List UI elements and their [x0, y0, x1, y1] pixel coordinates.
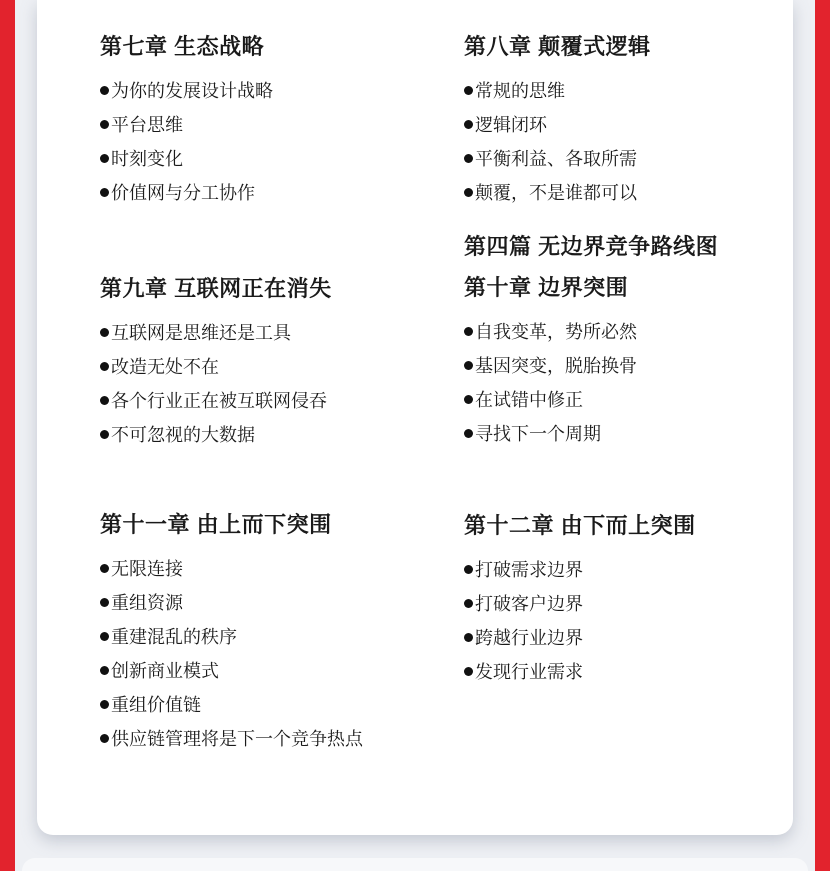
- toc-item: 创新商业模式: [100, 653, 464, 687]
- toc-item-label: 打破客户边界: [475, 590, 583, 616]
- bullet-dot-icon: [464, 327, 473, 336]
- bullet-dot-icon: [100, 632, 109, 641]
- toc-item-list: 常规的思维 逻辑闭环 平衡利益、各取所需 颠覆，不是谁都可以: [464, 73, 773, 209]
- chapter-heading: 第十章 边界突围: [464, 274, 773, 302]
- toc-item: 为你的发展设计战略: [100, 73, 464, 107]
- toc-item-label: 发现行业需求: [475, 658, 583, 684]
- toc-section-chapter-8: 第八章 颠覆式逻辑 常规的思维 逻辑闭环 平衡利益、各取所需 颠覆，不是谁都可以: [464, 33, 773, 209]
- left-red-border: [0, 0, 15, 871]
- next-card-top-edge: [22, 858, 808, 871]
- toc-item-label: 逻辑闭环: [475, 111, 547, 137]
- toc-item-label: 重建混乱的秩序: [111, 623, 237, 649]
- toc-item-label: 基因突变，脱胎换骨: [475, 352, 637, 378]
- toc-item-label: 在试错中修正: [475, 386, 583, 412]
- toc-item-label: 重组资源: [111, 589, 183, 615]
- chapter-heading: 第九章 互联网正在消失: [100, 275, 464, 303]
- toc-item-label: 常规的思维: [475, 77, 565, 103]
- chapter-heading: 第十一章 由上而下突围: [100, 511, 464, 539]
- toc-item: 基因突变，脱胎换骨: [464, 348, 773, 382]
- toc-item-label: 不可忽视的大数据: [111, 421, 255, 447]
- toc-item-label: 价值网与分工协作: [111, 179, 255, 205]
- toc-item-label: 创新商业模式: [111, 657, 219, 683]
- toc-item-list: 无限连接 重组资源 重建混乱的秩序 创新商业模式 重组价值链 供应链管理将是下一…: [100, 551, 464, 755]
- bullet-dot-icon: [100, 734, 109, 743]
- toc-item: 时刻变化: [100, 141, 464, 175]
- toc-section-chapter-7: 第七章 生态战略 为你的发展设计战略 平台思维 时刻变化 价值网与分工协作: [100, 33, 464, 209]
- toc-item: 在试错中修正: [464, 382, 773, 416]
- toc-item: 供应链管理将是下一个竞争热点: [100, 721, 464, 755]
- toc-item-label: 自我变革，势所必然: [475, 318, 637, 344]
- toc-section-chapter-11: 第十一章 由上而下突围 无限连接 重组资源 重建混乱的秩序 创新商业模式 重组价…: [100, 511, 464, 755]
- part-heading: 第四篇 无边界竞争路线图: [464, 233, 773, 261]
- toc-item: 自我变革，势所必然: [464, 314, 773, 348]
- bullet-dot-icon: [100, 396, 109, 405]
- bullet-dot-icon: [464, 188, 473, 197]
- chapter-heading: 第八章 颠覆式逻辑: [464, 33, 773, 61]
- bullet-dot-icon: [464, 395, 473, 404]
- toc-item-list: 为你的发展设计战略 平台思维 时刻变化 价值网与分工协作: [100, 73, 464, 209]
- chapter-heading: 第七章 生态战略: [100, 33, 464, 61]
- bullet-dot-icon: [100, 700, 109, 709]
- toc-card: 第七章 生态战略 为你的发展设计战略 平台思维 时刻变化 价值网与分工协作 第九…: [37, 0, 793, 835]
- page-background: 第七章 生态战略 为你的发展设计战略 平台思维 时刻变化 价值网与分工协作 第九…: [0, 0, 830, 871]
- toc-item-label: 时刻变化: [111, 145, 183, 171]
- toc-section-chapter-10: 第四篇 无边界竞争路线图 第十章 边界突围 自我变革，势所必然 基因突变，脱胎换…: [464, 233, 773, 450]
- bullet-dot-icon: [464, 361, 473, 370]
- toc-item: 改造无处不在: [100, 349, 464, 383]
- toc-item-label: 互联网是思维还是工具: [111, 319, 291, 345]
- toc-item: 重组价值链: [100, 687, 464, 721]
- toc-item-list: 互联网是思维还是工具 改造无处不在 各个行业正在被互联网侵吞 不可忽视的大数据: [100, 315, 464, 451]
- toc-item-label: 各个行业正在被互联网侵吞: [111, 387, 327, 413]
- bullet-dot-icon: [100, 86, 109, 95]
- toc-item: 颠覆，不是谁都可以: [464, 175, 773, 209]
- toc-item-label: 改造无处不在: [111, 353, 219, 379]
- bullet-dot-icon: [100, 666, 109, 675]
- toc-item: 常规的思维: [464, 73, 773, 107]
- toc-item: 价值网与分工协作: [100, 175, 464, 209]
- bullet-dot-icon: [464, 565, 473, 574]
- toc-item-label: 平衡利益、各取所需: [475, 145, 637, 171]
- toc-item: 跨越行业边界: [464, 620, 773, 654]
- bullet-dot-icon: [464, 120, 473, 129]
- toc-item: 重组资源: [100, 585, 464, 619]
- toc-item-label: 供应链管理将是下一个竞争热点: [111, 725, 363, 751]
- toc-item-label: 跨越行业边界: [475, 624, 583, 650]
- toc-right-column: 第八章 颠覆式逻辑 常规的思维 逻辑闭环 平衡利益、各取所需 颠覆，不是谁都可以…: [464, 33, 773, 835]
- toc-item: 平台思维: [100, 107, 464, 141]
- toc-item-list: 打破需求边界 打破客户边界 跨越行业边界 发现行业需求: [464, 552, 773, 688]
- bullet-dot-icon: [100, 598, 109, 607]
- bullet-dot-icon: [464, 86, 473, 95]
- toc-section-chapter-12: 第十二章 由下而上突围 打破需求边界 打破客户边界 跨越行业边界 发现行业需求: [464, 512, 773, 688]
- toc-item: 打破需求边界: [464, 552, 773, 586]
- toc-item-list: 自我变革，势所必然 基因突变，脱胎换骨 在试错中修正 寻找下一个周期: [464, 314, 773, 450]
- bullet-dot-icon: [464, 667, 473, 676]
- toc-item: 平衡利益、各取所需: [464, 141, 773, 175]
- toc-item-label: 平台思维: [111, 111, 183, 137]
- toc-item: 无限连接: [100, 551, 464, 585]
- toc-item: 不可忽视的大数据: [100, 417, 464, 451]
- toc-item: 重建混乱的秩序: [100, 619, 464, 653]
- bullet-dot-icon: [464, 599, 473, 608]
- toc-left-column: 第七章 生态战略 为你的发展设计战略 平台思维 时刻变化 价值网与分工协作 第九…: [100, 33, 464, 835]
- toc-item: 打破客户边界: [464, 586, 773, 620]
- toc-item-label: 颠覆，不是谁都可以: [475, 179, 637, 205]
- toc-item: 互联网是思维还是工具: [100, 315, 464, 349]
- bullet-dot-icon: [100, 430, 109, 439]
- toc-item-label: 为你的发展设计战略: [111, 77, 273, 103]
- toc-item: 各个行业正在被互联网侵吞: [100, 383, 464, 417]
- toc-item: 逻辑闭环: [464, 107, 773, 141]
- chapter-heading: 第十二章 由下而上突围: [464, 512, 773, 540]
- bullet-dot-icon: [100, 362, 109, 371]
- bullet-dot-icon: [464, 154, 473, 163]
- toc-item-label: 寻找下一个周期: [475, 420, 601, 446]
- toc-item-label: 无限连接: [111, 555, 183, 581]
- bullet-dot-icon: [100, 328, 109, 337]
- bullet-dot-icon: [464, 429, 473, 438]
- right-red-border: [815, 0, 830, 871]
- bullet-dot-icon: [100, 188, 109, 197]
- toc-item: 寻找下一个周期: [464, 416, 773, 450]
- toc-item-label: 重组价值链: [111, 691, 201, 717]
- bullet-dot-icon: [100, 154, 109, 163]
- toc-item-label: 打破需求边界: [475, 556, 583, 582]
- toc-item: 发现行业需求: [464, 654, 773, 688]
- bullet-dot-icon: [464, 633, 473, 642]
- bullet-dot-icon: [100, 120, 109, 129]
- toc-section-chapter-9: 第九章 互联网正在消失 互联网是思维还是工具 改造无处不在 各个行业正在被互联网…: [100, 275, 464, 451]
- bullet-dot-icon: [100, 564, 109, 573]
